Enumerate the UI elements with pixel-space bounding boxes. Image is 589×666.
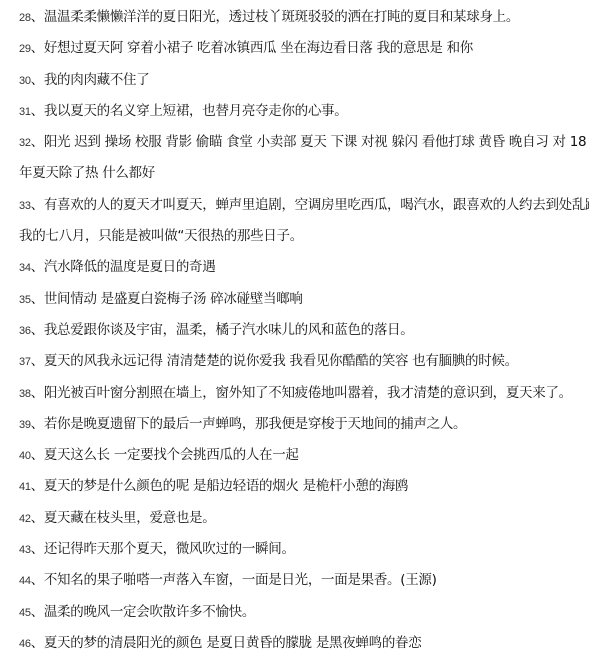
item-text: 若你是晚夏遗留下的最后一声蝉鸣，那我便是穿梭于天地间的捕声之人。	[44, 416, 466, 432]
list-item: 44、不知名的果子啪嗒一声落入车窗，一面是日光，一面是果香。(王源)	[19, 565, 579, 596]
item-separator: 、	[31, 103, 44, 119]
list-item: 43、还记得昨天那个夏天，微风吹过的一瞬间。	[19, 534, 579, 565]
item-number: 41	[19, 481, 31, 493]
list-item: 46、夏天的梦的清晨阳光的颜色 是夏日黄昏的朦胧 是黑夜蝉鸣的眷恋	[19, 628, 579, 659]
item-number: 38	[19, 388, 31, 400]
item-number: 30	[19, 75, 31, 87]
item-text: 夏天的梦的清晨阳光的颜色 是夏日黄昏的朦胧 是黑夜蝉鸣的眷恋	[44, 635, 422, 651]
list-item: 34、汽水降低的温度是夏日的奇遇	[19, 252, 579, 283]
item-number: 35	[19, 294, 31, 306]
item-text: 好想过夏天阿 穿着小裙子 吃着冰镇西瓜 坐在海边看日落 我的意思是 和你	[44, 40, 473, 56]
item-separator: 、	[31, 572, 44, 588]
list-item: 31、我以夏天的名义穿上短裙，也替月亮夺走你的心事。	[19, 96, 579, 127]
item-separator: 、	[31, 40, 44, 56]
item-separator: 、	[31, 478, 44, 494]
list-item: 45、温柔的晚风一定会吹散许多不愉快。	[19, 597, 579, 628]
list-item: 38、阳光被百叶窗分割照在墙上，窗外知了不知疲倦地叫嚣着，我才清楚的意识到，夏天…	[19, 378, 579, 409]
item-number: 40	[19, 450, 31, 462]
item-number: 44	[19, 575, 31, 587]
item-text: 阳光被百叶窗分割照在墙上，窗外知了不知疲倦地叫嚣着，我才清楚的意识到，夏天来了。	[44, 385, 572, 401]
item-number: 34	[19, 262, 31, 274]
item-number: 37	[19, 356, 31, 368]
list-item: 28、温温柔柔懒懒洋洋的夏日阳光，透过枝丫斑斑驳驳的洒在打盹的夏目和某球身上。	[19, 2, 579, 33]
list-item: 36、我总爱跟你谈及宇宙，温柔，橘子汽水味儿的风和蓝色的落日。	[19, 315, 579, 346]
item-text: 不知名的果子啪嗒一声落入车窗，一面是日光，一面是果香。(王源)	[44, 572, 437, 588]
item-text: 夏天这么长 一定要找个会挑西瓜的人在一起	[44, 447, 299, 463]
list-item: 42、夏天藏在枝头里，爱意也是。	[19, 503, 579, 534]
item-separator: 、	[31, 604, 44, 620]
list-item: 40、夏天这么长 一定要找个会挑西瓜的人在一起	[19, 440, 579, 471]
item-text-continued: 我的七八月，只能是被叫做“天很热的那些日子。	[19, 228, 303, 244]
item-number: 45	[19, 607, 31, 619]
document-body: 28、温温柔柔懒懒洋洋的夏日阳光，透过枝丫斑斑驳驳的洒在打盹的夏目和某球身上。 …	[19, 2, 579, 659]
item-separator: 、	[31, 197, 44, 213]
item-separator: 、	[31, 385, 44, 401]
item-text: 温柔的晚风一定会吹散许多不愉快。	[44, 604, 255, 620]
item-separator: 、	[31, 72, 44, 88]
item-text: 阳光 迟到 操场 校服 背影 偷瞄 食堂 小卖部 夏天 下课 对视 躲闪 看他打…	[44, 134, 586, 150]
item-text: 夏天的梦是什么颜色的呢 是船边轻语的烟火 是桅杆小憩的海鸥	[44, 478, 408, 494]
item-number: 46	[19, 638, 31, 650]
item-separator: 、	[31, 322, 44, 338]
item-number: 36	[19, 325, 31, 337]
list-item-continuation: 年夏天除了热 什么都好	[19, 158, 579, 189]
list-item: 29、好想过夏天阿 穿着小裙子 吃着冰镇西瓜 坐在海边看日落 我的意思是 和你	[19, 33, 579, 64]
item-text: 世间情动 是盛夏白瓷梅子汤 碎冰碰壁当啷响	[44, 291, 303, 307]
item-separator: 、	[31, 635, 44, 651]
item-text: 还记得昨天那个夏天，微风吹过的一瞬间。	[44, 541, 295, 557]
item-text: 夏天藏在枝头里，爱意也是。	[44, 510, 216, 526]
item-number: 32	[19, 137, 31, 149]
item-text: 有喜欢的人的夏天才叫夏天，蝉声里追剧，空调房里吃西瓜，喝汽水，跟喜欢的人约去到处…	[44, 197, 589, 213]
item-text: 我以夏天的名义穿上短裙，也替月亮夺走你的心事。	[44, 103, 348, 119]
item-separator: 、	[31, 416, 44, 432]
item-separator: 、	[31, 510, 44, 526]
item-number: 28	[19, 12, 31, 24]
list-item: 41、夏天的梦是什么颜色的呢 是船边轻语的烟火 是桅杆小憩的海鸥	[19, 471, 579, 502]
item-number: 42	[19, 513, 31, 525]
list-item: 33、有喜欢的人的夏天才叫夏天，蝉声里追剧，空调房里吃西瓜，喝汽水，跟喜欢的人约…	[19, 190, 579, 221]
list-item: 32、阳光 迟到 操场 校服 背影 偷瞄 食堂 小卖部 夏天 下课 对视 躲闪 …	[19, 127, 579, 158]
item-text: 我的肉肉藏不住了	[44, 72, 150, 88]
item-number: 43	[19, 544, 31, 556]
item-text-continued: 年夏天除了热 什么都好	[19, 165, 155, 181]
item-separator: 、	[31, 447, 44, 463]
item-separator: 、	[31, 9, 44, 25]
item-text: 温温柔柔懒懒洋洋的夏日阳光，透过枝丫斑斑驳驳的洒在打盹的夏目和某球身上。	[44, 9, 519, 25]
item-separator: 、	[31, 353, 44, 369]
list-item-continuation: 我的七八月，只能是被叫做“天很热的那些日子。	[19, 221, 579, 252]
item-text: 汽水降低的温度是夏日的奇遇	[44, 259, 216, 275]
item-separator: 、	[31, 259, 44, 275]
list-item: 30、我的肉肉藏不住了	[19, 65, 579, 96]
item-number: 29	[19, 43, 31, 55]
item-separator: 、	[31, 541, 44, 557]
item-text: 我总爱跟你谈及宇宙，温柔，橘子汽水味儿的风和蓝色的落日。	[44, 322, 414, 338]
list-item: 37、夏天的风我永远记得 清清楚楚的说你爱我 我看见你酷酷的笑容 也有腼腆的时候…	[19, 346, 579, 377]
item-text: 夏天的风我永远记得 清清楚楚的说你爱我 我看见你酷酷的笑容 也有腼腆的时候。	[44, 353, 518, 369]
item-separator: 、	[31, 291, 44, 307]
item-number: 39	[19, 419, 31, 431]
item-number: 31	[19, 106, 31, 118]
list-item: 35、世间情动 是盛夏白瓷梅子汤 碎冰碰壁当啷响	[19, 284, 579, 315]
item-separator: 、	[31, 134, 44, 150]
list-item: 39、若你是晚夏遗留下的最后一声蝉鸣，那我便是穿梭于天地间的捕声之人。	[19, 409, 579, 440]
item-number: 33	[19, 200, 31, 212]
